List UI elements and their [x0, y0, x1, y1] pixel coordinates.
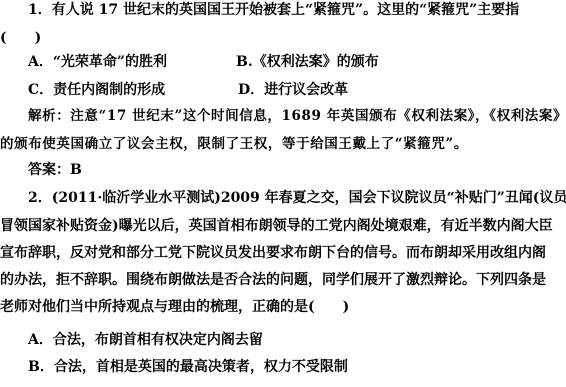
q2-stem-line-4: 的办法，拒不辞职。围绕布朗做法是否合法的问题，同学们展开了激烈辩论。下列四条是 [0, 271, 546, 289]
q1-analysis-line-2: 的颁布使英国确立了议会主权，限制了王权，等于给国王戴上了“紧箍咒”。 [0, 135, 468, 153]
q1-option-d: D．进行议会改革 [238, 81, 348, 99]
q2-stem-line-1: 2．(2011·临沂学业水平测试)2009 年春夏之交，国会下议院议员“补贴门”… [28, 189, 566, 207]
q1-answer: 答案：B [28, 161, 82, 179]
q1-option-b: B.《权利法案》的颁布 [236, 53, 379, 71]
q1-option-c: C．责任内阁制的形成 [28, 81, 165, 99]
q1-analysis-line-1: 解析：注意“17 世纪末”这个时间信息，1689 年英国颁布《权利法案》，《权利… [28, 107, 566, 125]
q2-stem-line-3: 宣布辞职，反对党和部分工党下院议员发出要求布朗下台的信号。而布朗却采用改组内阁 [0, 244, 546, 262]
q1-option-a: A．“光荣革命”的胜利 [28, 53, 167, 71]
q2-stem-line-5: 老师对他们当中所持观点与理由的梳理，正确的是( ) [0, 298, 349, 316]
q1-stem-line-2: ( ) [0, 29, 41, 47]
q2-stem-line-2: 冒领国家补贴资金)曝光以后，英国首相布朗领导的工党内阁处境艰难，有近半数内阁大臣 [0, 217, 553, 235]
q1-stem-line-1: 1．有人说 17 世纪末的英国国王开始被套上“紧箍咒”。这里的“紧箍咒”主要指 [28, 1, 519, 19]
q2-option-a: A．合法，布朗首相有权决定内阁去留 [28, 331, 263, 349]
q2-option-b: B．合法，首相是英国的最高决策者，权力不受限制 [28, 358, 348, 376]
